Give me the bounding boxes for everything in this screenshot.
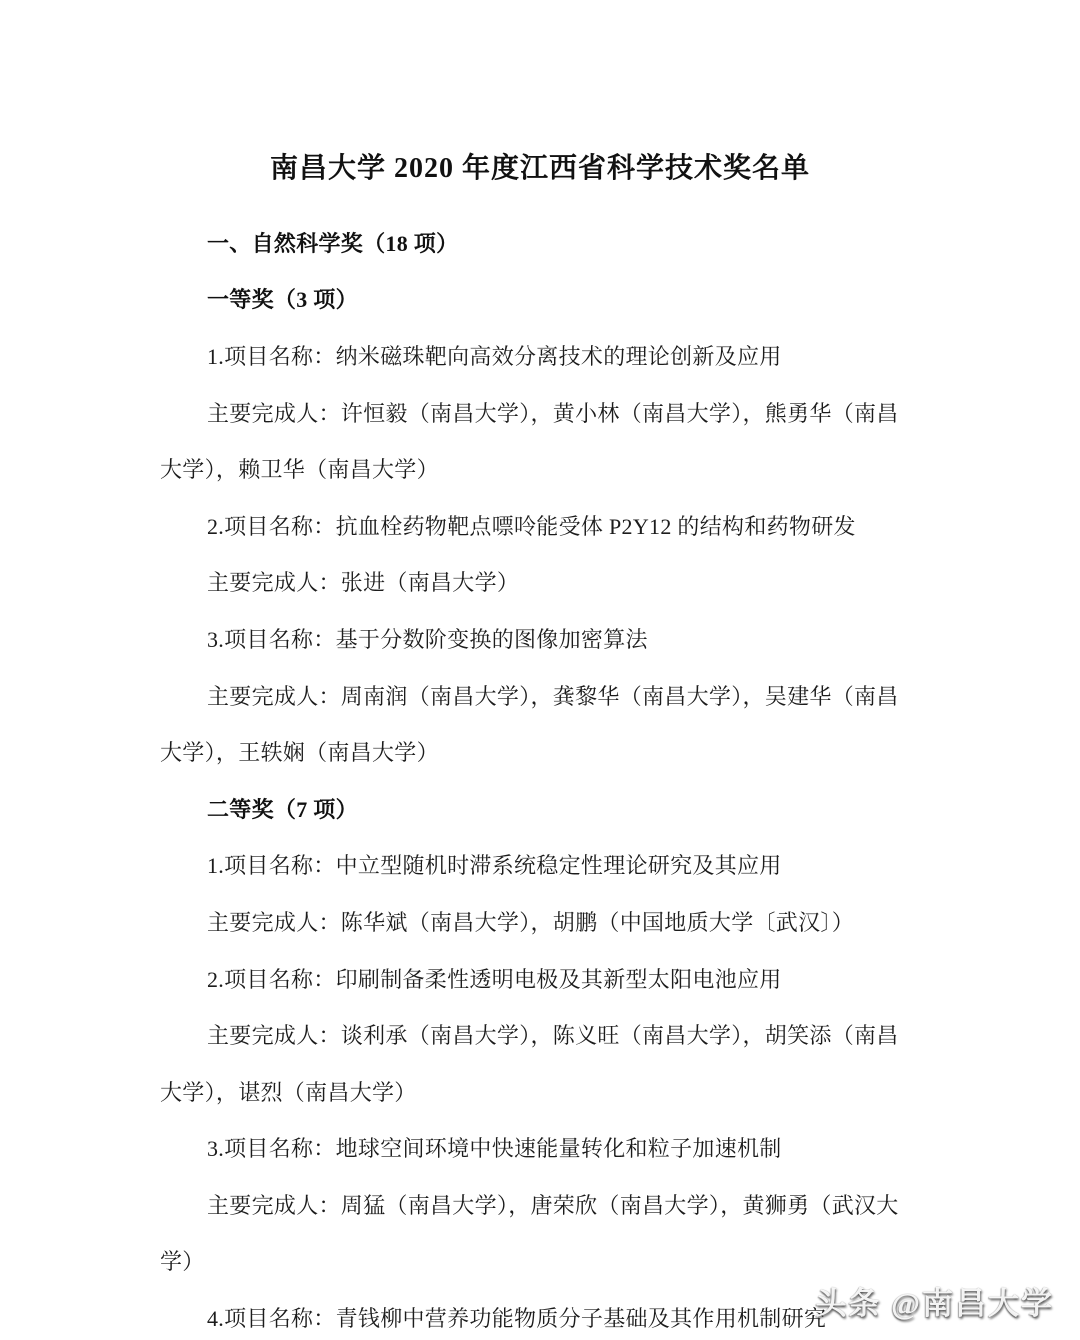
document-line: 2.项目名称：抗血栓药物靶点嘌呤能受体 P2Y12 的结构和药物研发 — [160, 497, 940, 554]
document-line: 主要完成人：陈华斌（南昌大学），胡鹏（中国地质大学〔武汉〕） — [160, 893, 940, 950]
document-line: 3.项目名称：基于分数阶变换的图像加密算法 — [160, 610, 940, 667]
document-line: 主要完成人：周猛（南昌大学），唐荣欣（南昌大学），黄狮勇（武汉大 — [160, 1176, 940, 1233]
line-text: 主要完成人：许恒毅（南昌大学），黄小林（南昌大学），熊勇华（南昌 — [160, 397, 899, 428]
line-text: 3.项目名称：基于分数阶变换的图像加密算法 — [160, 623, 648, 654]
document-page: 南昌大学 2020 年度江西省科学技术奖名单 一、自然科学奖（18 项）一等奖（… — [0, 0, 1080, 1340]
document-title: 南昌大学 2020 年度江西省科学技术奖名单 — [0, 146, 1080, 186]
document-body: 一、自然科学奖（18 项）一等奖（3 项）1.项目名称：纳米磁珠靶向高效分离技术… — [160, 214, 940, 1340]
line-text: 4.项目名称：青钱柳中营养功能物质分子基础及其作用机制研究 — [160, 1302, 826, 1333]
document-line: 大学），赖卫华（南昌大学） — [160, 440, 940, 497]
line-text: 主要完成人：陈华斌（南昌大学），胡鹏（中国地质大学〔武汉〕） — [160, 906, 854, 937]
line-text: 主要完成人：谈利承（南昌大学），陈义旺（南昌大学），胡笑添（南昌 — [160, 1019, 899, 1050]
section-heading: 一等奖（3 项） — [160, 271, 940, 328]
document-line: 主要完成人：谈利承（南昌大学），陈义旺（南昌大学），胡笑添（南昌 — [160, 1006, 940, 1063]
document-line: 1.项目名称：纳米磁珠靶向高效分离技术的理论创新及应用 — [160, 327, 940, 384]
toutiao-watermark: 头条 @南昌大学 — [815, 1278, 1054, 1323]
section-heading: 一、自然科学奖（18 项） — [160, 214, 940, 271]
section-heading: 二等奖（7 项） — [160, 780, 940, 837]
line-text: 大学），谌烈（南昌大学） — [160, 1076, 417, 1107]
line-text: 2.项目名称：印刷制备柔性透明电极及其新型太阳电池应用 — [160, 963, 782, 994]
line-text: 1.项目名称：中立型随机时滞系统稳定性理论研究及其应用 — [160, 849, 782, 880]
line-text: 一、自然科学奖（18 项） — [160, 227, 458, 258]
line-text: 主要完成人：周猛（南昌大学），唐荣欣（南昌大学），黄狮勇（武汉大 — [160, 1189, 899, 1220]
document-line: 主要完成人：张进（南昌大学） — [160, 554, 940, 611]
document-line: 大学），王轶娴（南昌大学） — [160, 723, 940, 780]
line-text: 学） — [160, 1245, 205, 1276]
document-line: 3.项目名称：地球空间环境中快速能量转化和粒子加速机制 — [160, 1120, 940, 1177]
line-text: 二等奖（7 项） — [160, 793, 358, 824]
document-line: 主要完成人：周南润（南昌大学），龚黎华（南昌大学），吴建华（南昌 — [160, 667, 940, 724]
line-text: 一等奖（3 项） — [160, 283, 358, 314]
line-text: 1.项目名称：纳米磁珠靶向高效分离技术的理论创新及应用 — [160, 340, 782, 371]
document-line: 2.项目名称：印刷制备柔性透明电极及其新型太阳电池应用 — [160, 950, 940, 1007]
line-text: 大学），赖卫华（南昌大学） — [160, 453, 439, 484]
line-text: 3.项目名称：地球空间环境中快速能量转化和粒子加速机制 — [160, 1132, 782, 1163]
document-line: 大学），谌烈（南昌大学） — [160, 1063, 940, 1120]
document-line: 主要完成人：许恒毅（南昌大学），黄小林（南昌大学），熊勇华（南昌 — [160, 384, 940, 441]
line-text: 主要完成人：张进（南昌大学） — [160, 566, 519, 597]
line-text: 大学），王轶娴（南昌大学） — [160, 736, 439, 767]
line-text: 2.项目名称：抗血栓药物靶点嘌呤能受体 P2Y12 的结构和药物研发 — [160, 510, 856, 541]
document-line: 1.项目名称：中立型随机时滞系统稳定性理论研究及其应用 — [160, 837, 940, 894]
line-text: 主要完成人：周南润（南昌大学），龚黎华（南昌大学），吴建华（南昌 — [160, 680, 899, 711]
